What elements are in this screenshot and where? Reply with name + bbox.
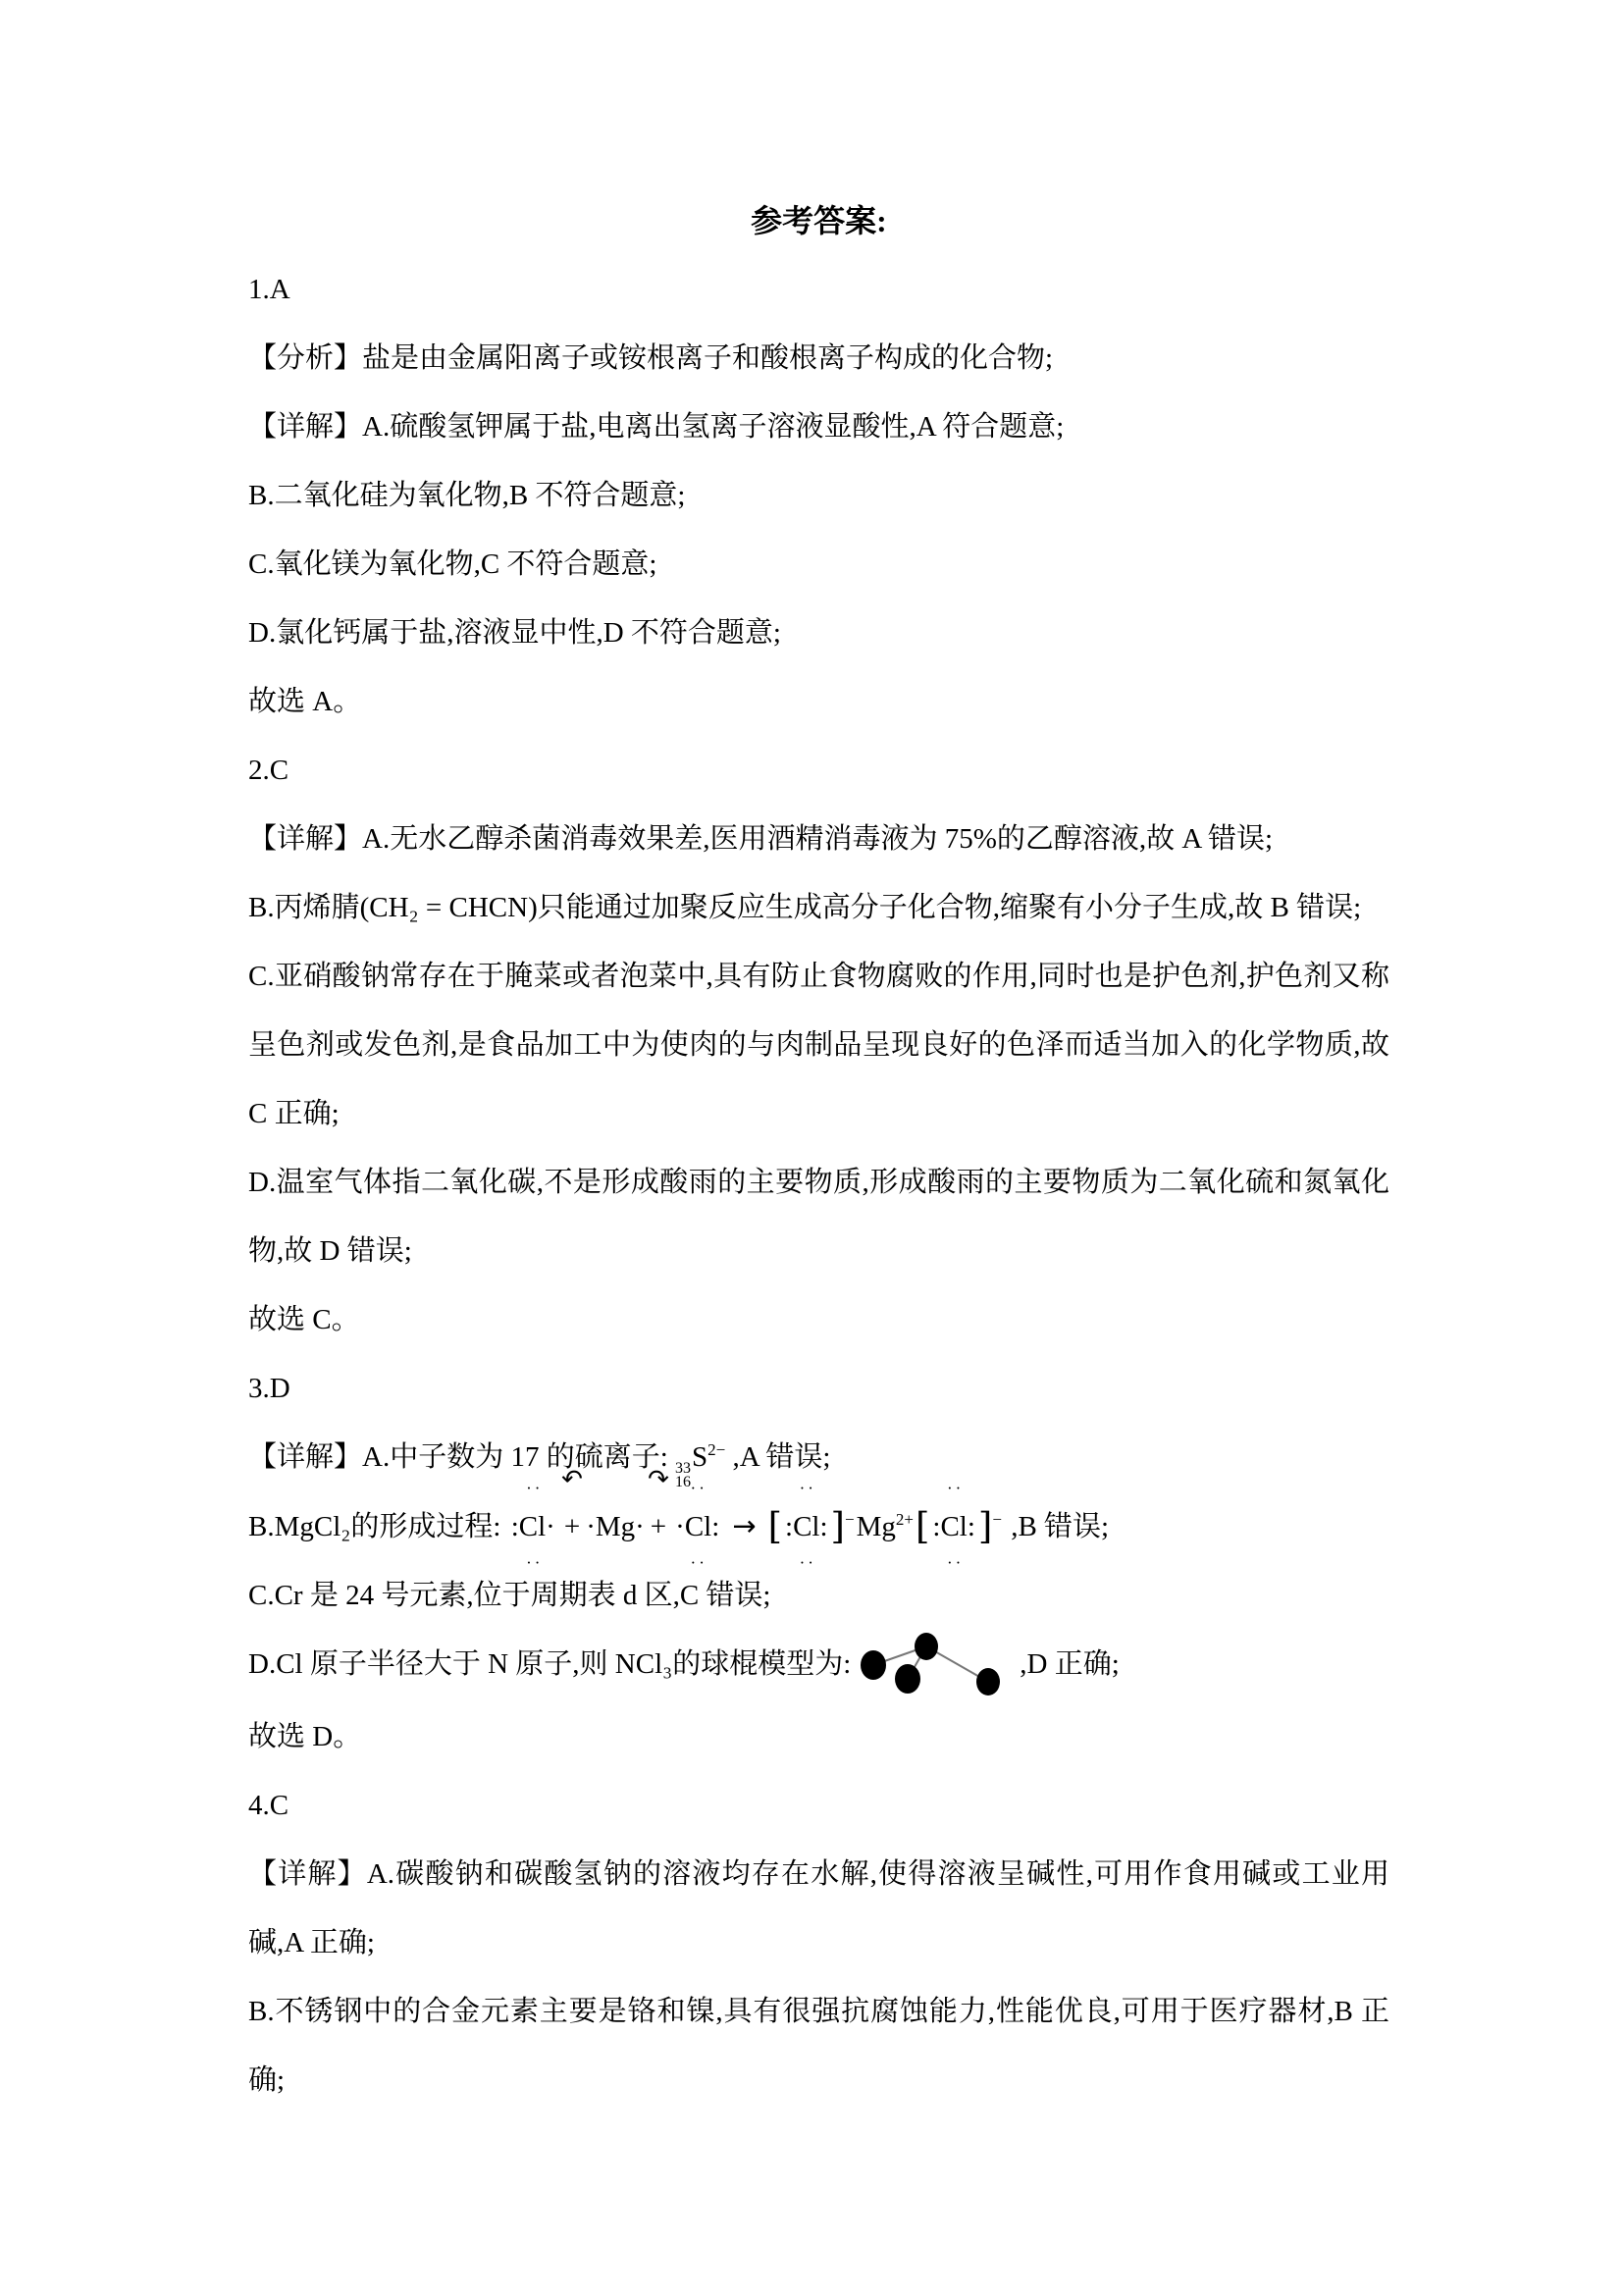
answer-1-option-b: B.二氧化硅为氧化物,B 不符合题意; xyxy=(248,461,1389,530)
answer-2-number: 2.C xyxy=(248,736,1389,805)
option-a-text-post: ,A 错误; xyxy=(733,1441,831,1473)
option-d-text-post: ,D 正确; xyxy=(1020,1648,1120,1680)
electron-transfer-right: ↷+ xyxy=(651,1492,666,1561)
curved-arrow-left-icon: ↶ xyxy=(561,1467,583,1492)
magnesium-ion: Mg xyxy=(857,1511,896,1542)
answer-2-option-b: B.丙烯腈(CH₂ = CHCN)只能通过加聚反应生成高分子化合物,缩聚有小分子… xyxy=(248,873,1389,942)
electron-transfer-left: ↶+ xyxy=(564,1492,580,1561)
answer-3-option-b: B.MgCl₂的形成过程: ····:Cl·↶+·Mg·↷+·····Cl:→[… xyxy=(248,1491,1389,1561)
answer-1-option-c: C.氧化镁为氧化物,C 不符合题意; xyxy=(248,530,1389,599)
ion-charge: 2− xyxy=(707,1440,725,1459)
answer-1-analysis: 【分析】盐是由金属阳离子或铵根离子和酸根离子构成的化合物; xyxy=(248,324,1389,392)
answer-2-conclusion: 故选 C。 xyxy=(248,1285,1389,1354)
answer-4-number: 4.C xyxy=(248,1771,1389,1840)
answer-2-option-c: C.亚硝酸钠常存在于腌菜或者泡菜中,具有防止食物腐败的作用,同时也是护色剂,护色… xyxy=(248,942,1389,1148)
answer-2-option-d: D.温室气体指二氧化碳,不是形成酸雨的主要物质,形成酸雨的主要物质为二氧化硫和氮… xyxy=(248,1148,1389,1285)
answer-1-option-a: 【详解】A.硫酸氢钾属于盐,电离出氢离子溶液显酸性,A 符合题意; xyxy=(248,392,1389,461)
chlorine-atom-right: ·····Cl: xyxy=(675,1492,719,1561)
answer-1-conclusion: 故选 A。 xyxy=(248,667,1389,736)
answer-3-option-c: C.Cr 是 24 号元素,位于周期表 d 区,C 错误; xyxy=(248,1561,1389,1630)
answer-2-option-a: 【详解】A.无水乙醇杀菌消毒效果差,医用酒精消毒液为 75%的乙醇溶液,故 A … xyxy=(248,805,1389,873)
curved-arrow-right-icon: ↷ xyxy=(648,1467,669,1492)
answer-1-option-d: D.氯化钙属于盐,溶液显中性,D 不符合题意; xyxy=(248,599,1389,667)
ncl3-ball-stick-model xyxy=(857,1630,1014,1702)
answer-4-option-b: B.不锈钢中的合金元素主要是铬和镍,具有很强抗腐蚀能力,性能优良,可用于医疗器材… xyxy=(248,1977,1389,2114)
answer-4-option-a: 【详解】A.碳酸钠和碳酸氢钠的溶液均存在水解,使得溶液呈碱性,可用作食用碱或工业… xyxy=(248,1840,1389,1977)
magnesium-charge: 2+ xyxy=(896,1510,914,1529)
option-a-text-pre: 【详解】A.中子数为 17 的硫离子: xyxy=(248,1441,668,1473)
answer-3-number: 3.D xyxy=(248,1354,1389,1423)
option-d-text-pre: D.Cl 原子半径大于 N 原子,则 NCl₃的球棍模型为: xyxy=(248,1648,851,1680)
answer-1-number: 1.A xyxy=(248,255,1389,324)
chlorine-atom-left: ····:Cl· xyxy=(511,1492,555,1561)
element-symbol: S xyxy=(692,1441,707,1473)
answer-3-option-a: 【详解】A.中子数为 17 的硫离子: 3316S2− ,A 错误; xyxy=(248,1423,1389,1491)
reaction-arrow-icon: → xyxy=(732,1491,756,1560)
chloride-ion-right: [····:Cl:]− xyxy=(916,1492,1002,1561)
option-b-text-post: ,B 错误; xyxy=(1011,1511,1109,1542)
document-page: 参考答案: 1.A 【分析】盐是由金属阳离子或铵根离子和酸根离子构成的化合物; … xyxy=(0,0,1623,2296)
page-title: 参考答案: xyxy=(248,186,1389,255)
answers-content: 参考答案: 1.A 【分析】盐是由金属阳离子或铵根离子和酸根离子构成的化合物; … xyxy=(248,186,1389,2114)
answer-3-conclusion: 故选 D。 xyxy=(248,1702,1389,1771)
chloride-ion-left: [····:Cl:]− xyxy=(768,1492,855,1561)
option-b-text-pre: B.MgCl₂的形成过程: xyxy=(248,1511,500,1542)
mgcl2-lewis-structure: ····:Cl·↶+·Mg·↷+·····Cl:→[····:Cl:]−Mg2+… xyxy=(508,1491,1004,1561)
magnesium-atom: ·Mg· xyxy=(586,1511,645,1542)
answer-3-option-d: D.Cl 原子半径大于 N 原子,则 NCl₃的球棍模型为:,D 正确; xyxy=(248,1630,1389,1702)
